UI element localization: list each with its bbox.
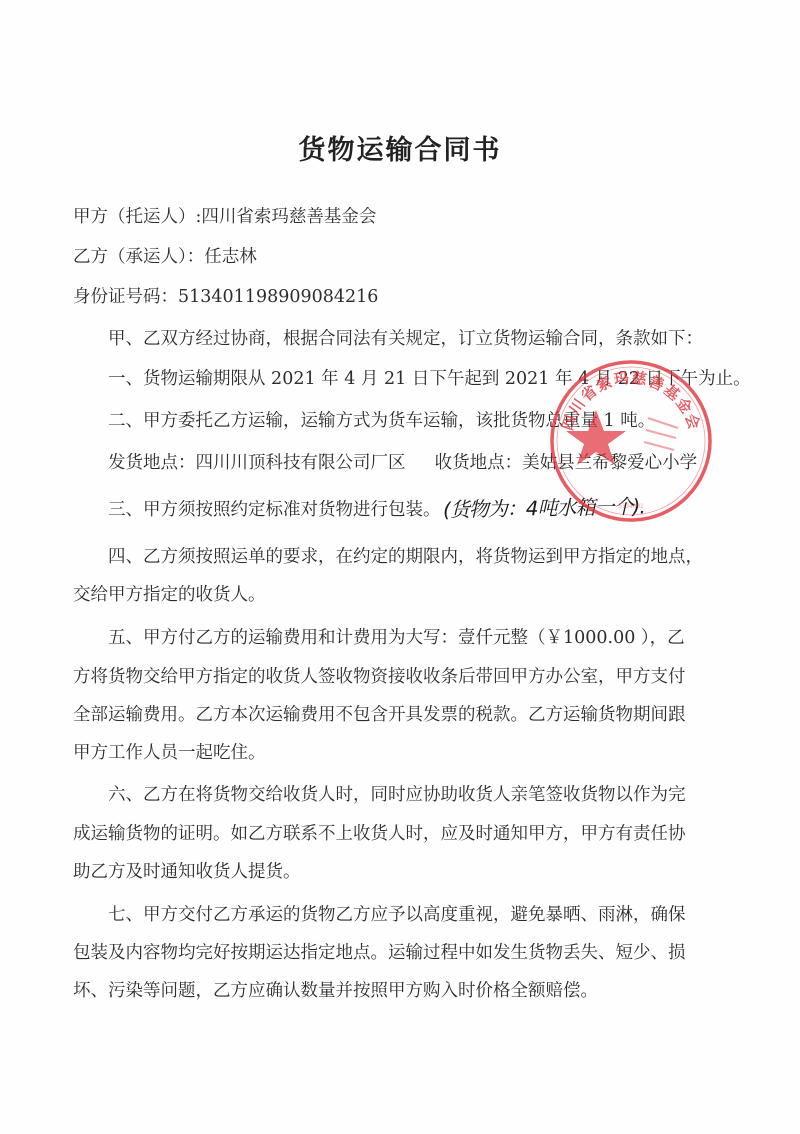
preamble: 甲、乙双方经过协商，根据合同法有关规定，订立货物运输合同，条款如下： [108,327,768,351]
clause-3: 三、甲方须按照约定标准对货物进行包装。(货物为：4吨水箱一个). [108,496,768,522]
id-number-label: 身份证号码 [73,287,161,307]
clause-7-line-2: 包装及内容物均完好按期运达指定地点。运输过程中如发生货物丢失、短少、损 [73,941,733,965]
clause-3-text: 三、甲方须按照约定标准对货物进行包装。 [108,500,441,520]
handwritten-note: (货物为：4吨水箱一个). [442,494,644,522]
party-b-value: 任志林 [204,247,257,267]
clause-5-line-2: 方将货物交给甲方指定的收货人签收物资接收收条后带回甲方办公室，甲方支付 [73,665,733,689]
clause-4-line-2: 交给甲方指定的收货人。 [73,583,733,607]
clause-6-line-2: 成运输货物的证明。如乙方联系不上收货人时，应及时通知甲方，甲方有责任协 [73,822,733,846]
party-a-value: 四川省索玛慈善基金会 [201,207,376,227]
clause-1: 一、货物运输期限从 2021 年 4 月 21 日下午起到 2021 年 4 月… [108,367,768,391]
party-b-separator: ： [187,247,205,267]
party-b-label: 乙方（承运人） [73,247,187,267]
locations-line: 发货地点：四川川顶科技有限公司厂区 收货地点：美姑县兰希黎爱心小学 [108,451,768,475]
clause-4-line-1: 四、乙方须按照运单的要求，在约定的期限内，将货物运到甲方指定的地点， [108,545,768,569]
clause-2: 二、甲方委托乙方运输，运输方式为货车运输，该批货物总重量 1 吨。 [108,409,768,433]
clause-7-line-1: 七、甲方交付乙方承运的货物乙方应予以高度重视，避免暴晒、雨淋，确保 [108,903,768,927]
clause-5-line-3: 全部运输费用。乙方本次运输费用不包含开具发票的税款。乙方运输货物期间跟 [73,703,733,727]
contract-text: 货物运输合同书 甲方（托运人）:四川省索玛慈善基金会 乙方（承运人）：任志林 身… [0,0,800,1134]
clause-5-line-4: 甲方工作人员一起吃住。 [73,741,733,765]
id-number-value: 513401198909084216 [178,287,378,307]
document-title: 货物运输合同书 [0,128,800,167]
clause-6-line-3: 助乙方及时通知收货人提货。 [73,860,733,884]
shipping-location: 发货地点：四川川顶科技有限公司厂区 [108,453,406,473]
id-number-line: 身份证号码：513401198909084216 [73,285,733,309]
clause-5-line-1: 五、甲方付乙方的运输费用和计费用为大写：壹仟元整（￥1000.00 ），乙 [108,626,768,650]
party-b-line: 乙方（承运人）：任志林 [73,245,733,269]
party-a-line: 甲方（托运人）:四川省索玛慈善基金会 [73,205,733,229]
id-number-separator: ： [161,287,179,307]
receiving-location: 收货地点：美姑县兰希黎爱心小学 [435,453,698,473]
clause-7-line-3: 坏、污染等问题，乙方应确认数量并按照甲方购入时价格全额赔偿。 [73,979,733,1003]
clause-6-line-1: 六、乙方在将货物交给收货人时，同时应协助收货人亲笔签收货物以作为完 [108,783,768,807]
contract-page: 货物运输合同书 甲方（托运人）:四川省索玛慈善基金会 乙方（承运人）：任志林 身… [0,0,800,1134]
party-a-label: 甲方（托运人） [73,207,196,227]
